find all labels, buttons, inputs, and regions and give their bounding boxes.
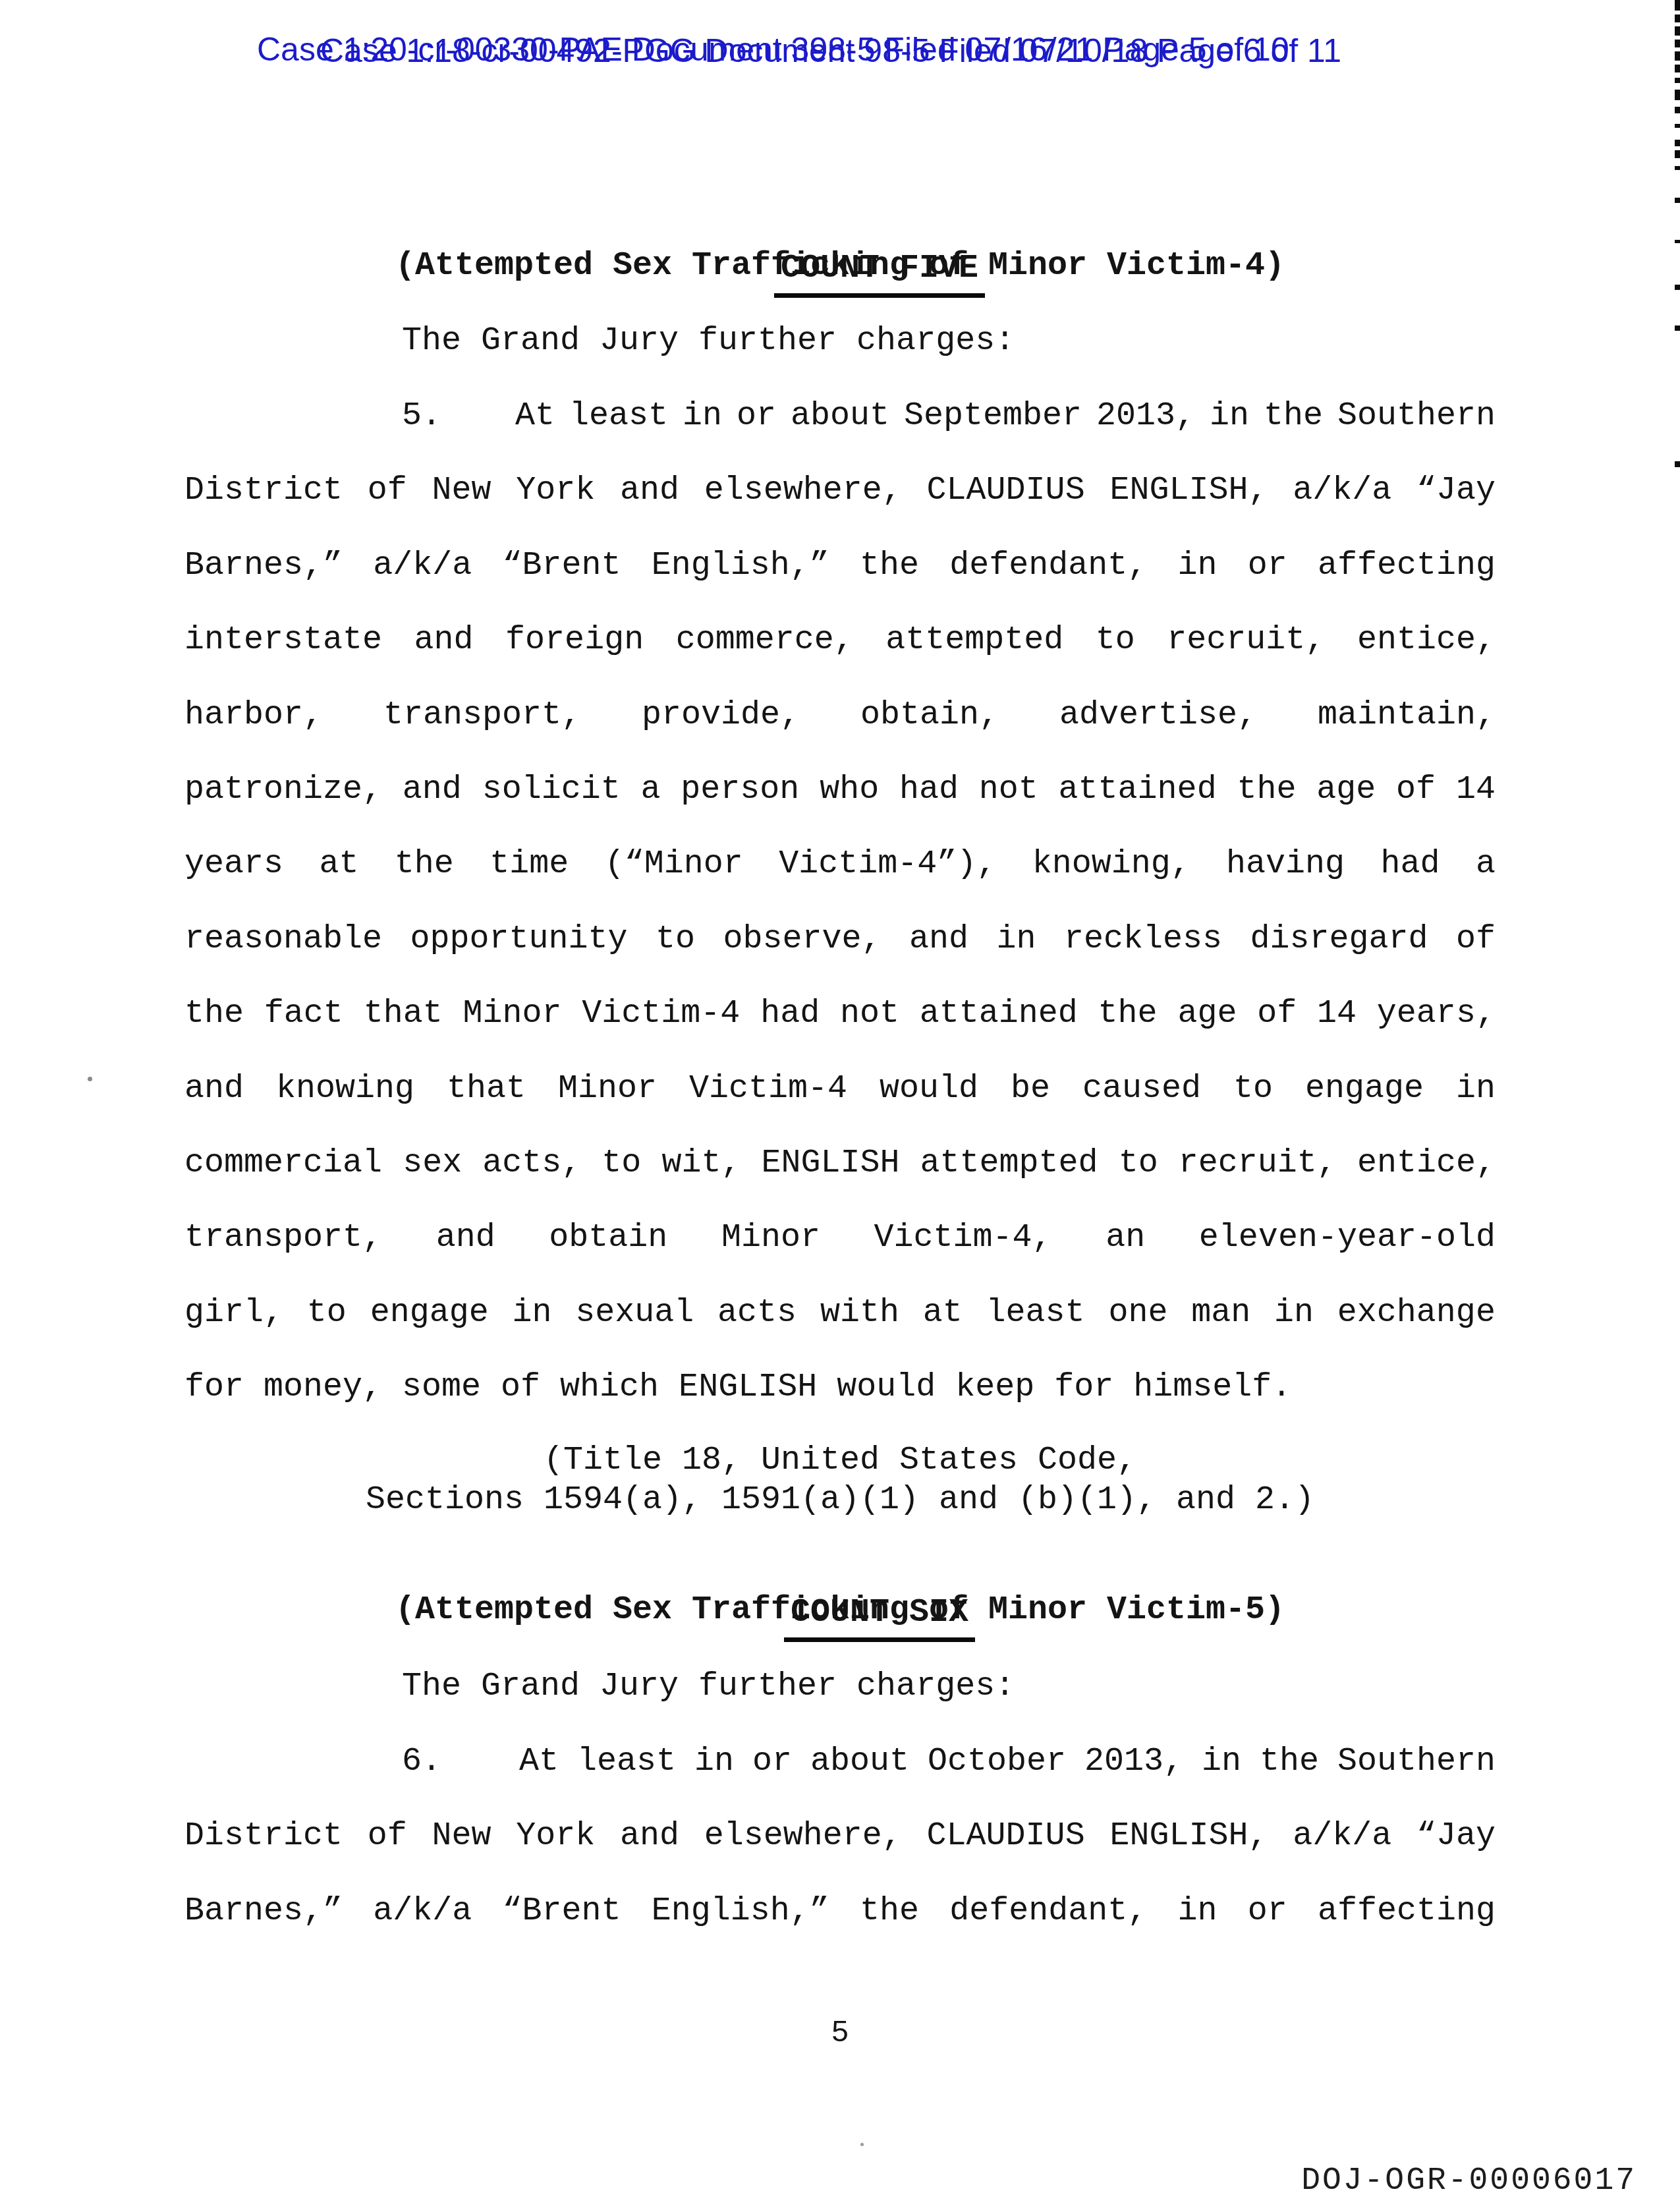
- document-line: DistrictofNewYorkandelsewhere,CLAUDIUSEN…: [184, 1815, 1496, 1858]
- count-five-subheading: (Attempted Sex Trafficking of Minor Vict…: [184, 245, 1496, 287]
- statute-citation-line-2: Sections 1594(a), 1591(a)(1) and (b)(1),…: [184, 1479, 1496, 1521]
- document-line: 6. AtleastinoraboutOctober2013,intheSout…: [184, 1741, 1496, 1783]
- page-number: 5: [184, 2012, 1496, 2055]
- document-line: DistrictofNewYorkandelsewhere,CLAUDIUSEN…: [184, 470, 1496, 512]
- document-line: harbor,transport,provide,obtain,advertis…: [184, 695, 1496, 737]
- document-line: interstateandforeigncommerce,attemptedto…: [184, 619, 1496, 662]
- document-line: patronize,andsolicitapersonwhohadnotatta…: [184, 769, 1496, 811]
- scan-edge-dash: [1675, 240, 1680, 243]
- document-line: andknowingthatMinorVictim-4wouldbecaused…: [184, 1068, 1496, 1110]
- document-line: Barnes,”a/k/a“BrentEnglish,”thedefendant…: [184, 1890, 1496, 1933]
- scan-edge-dash: [1675, 198, 1680, 203]
- scan-edge-dash: [1675, 140, 1680, 146]
- scan-edge-dash: [1675, 26, 1680, 36]
- scan-edge-dash: [1675, 51, 1680, 61]
- count-six-subheading: (Attempted Sex Trafficking of Minor Vict…: [184, 1589, 1496, 1631]
- document-line: transport,andobtainMinorVictim-4,aneleve…: [184, 1217, 1496, 1259]
- case-stamp-back: Case 1:18-cr-00492-PGG Document 98-5 Fil…: [320, 32, 1341, 70]
- document-line: girl,toengageinsexualactswithatleastonem…: [184, 1292, 1496, 1334]
- scan-edge-dash: [1675, 0, 1680, 11]
- scan-edge-dash: [1675, 124, 1680, 128]
- scan-edge-dash: [1675, 107, 1680, 113]
- document-line: Barnes,”a/k/a“BrentEnglish,”thedefendant…: [184, 545, 1496, 587]
- scan-edge-dash: [1675, 90, 1680, 100]
- count-six-heading: COUNT SIX: [184, 1550, 1496, 1592]
- scan-edge-dash: [1675, 150, 1680, 158]
- scan-speck: [88, 1077, 92, 1081]
- grand-jury-intro-count-five: The Grand Jury further charges:: [184, 320, 1496, 362]
- grand-jury-intro-count-six: The Grand Jury further charges:: [184, 1666, 1496, 1708]
- scan-edge-dash: [1675, 166, 1680, 170]
- scan-speck: [860, 2143, 864, 2146]
- scan-edge-dash: [1675, 40, 1680, 47]
- document-line: for money, some of which ENGLISH would k…: [184, 1367, 1496, 1409]
- bates-number: DOJ-OGR-00006017: [1301, 2163, 1637, 2199]
- scan-edge-dash: [1675, 14, 1680, 22]
- document-line: commercialsexacts,towit,ENGLISHattempted…: [184, 1143, 1496, 1185]
- statute-citation-line-1: (Title 18, United States Code,: [184, 1440, 1496, 1482]
- document-line: 5. AtleastinoraboutSeptember2013,intheSo…: [184, 395, 1496, 438]
- scan-edge-dash: [1675, 78, 1680, 83]
- document-line: yearsatthetime(“MinorVictim-4”),knowing,…: [184, 843, 1496, 886]
- scan-edge-dash: [1675, 461, 1680, 467]
- document-line: thefactthatMinorVictim-4hadnotattainedth…: [184, 993, 1496, 1035]
- scan-edge-dash: [1675, 65, 1680, 72]
- scanned-document-page: Case 1:20-cr-00330-PAE Document 398-5 Fi…: [0, 0, 1680, 2212]
- scan-edge-dash: [1675, 285, 1680, 290]
- document-line: reasonableopportunitytoobserve,andinreck…: [184, 919, 1496, 961]
- count-five-heading: COUNT FIVE: [184, 206, 1496, 248]
- scan-edge-dash: [1675, 326, 1680, 331]
